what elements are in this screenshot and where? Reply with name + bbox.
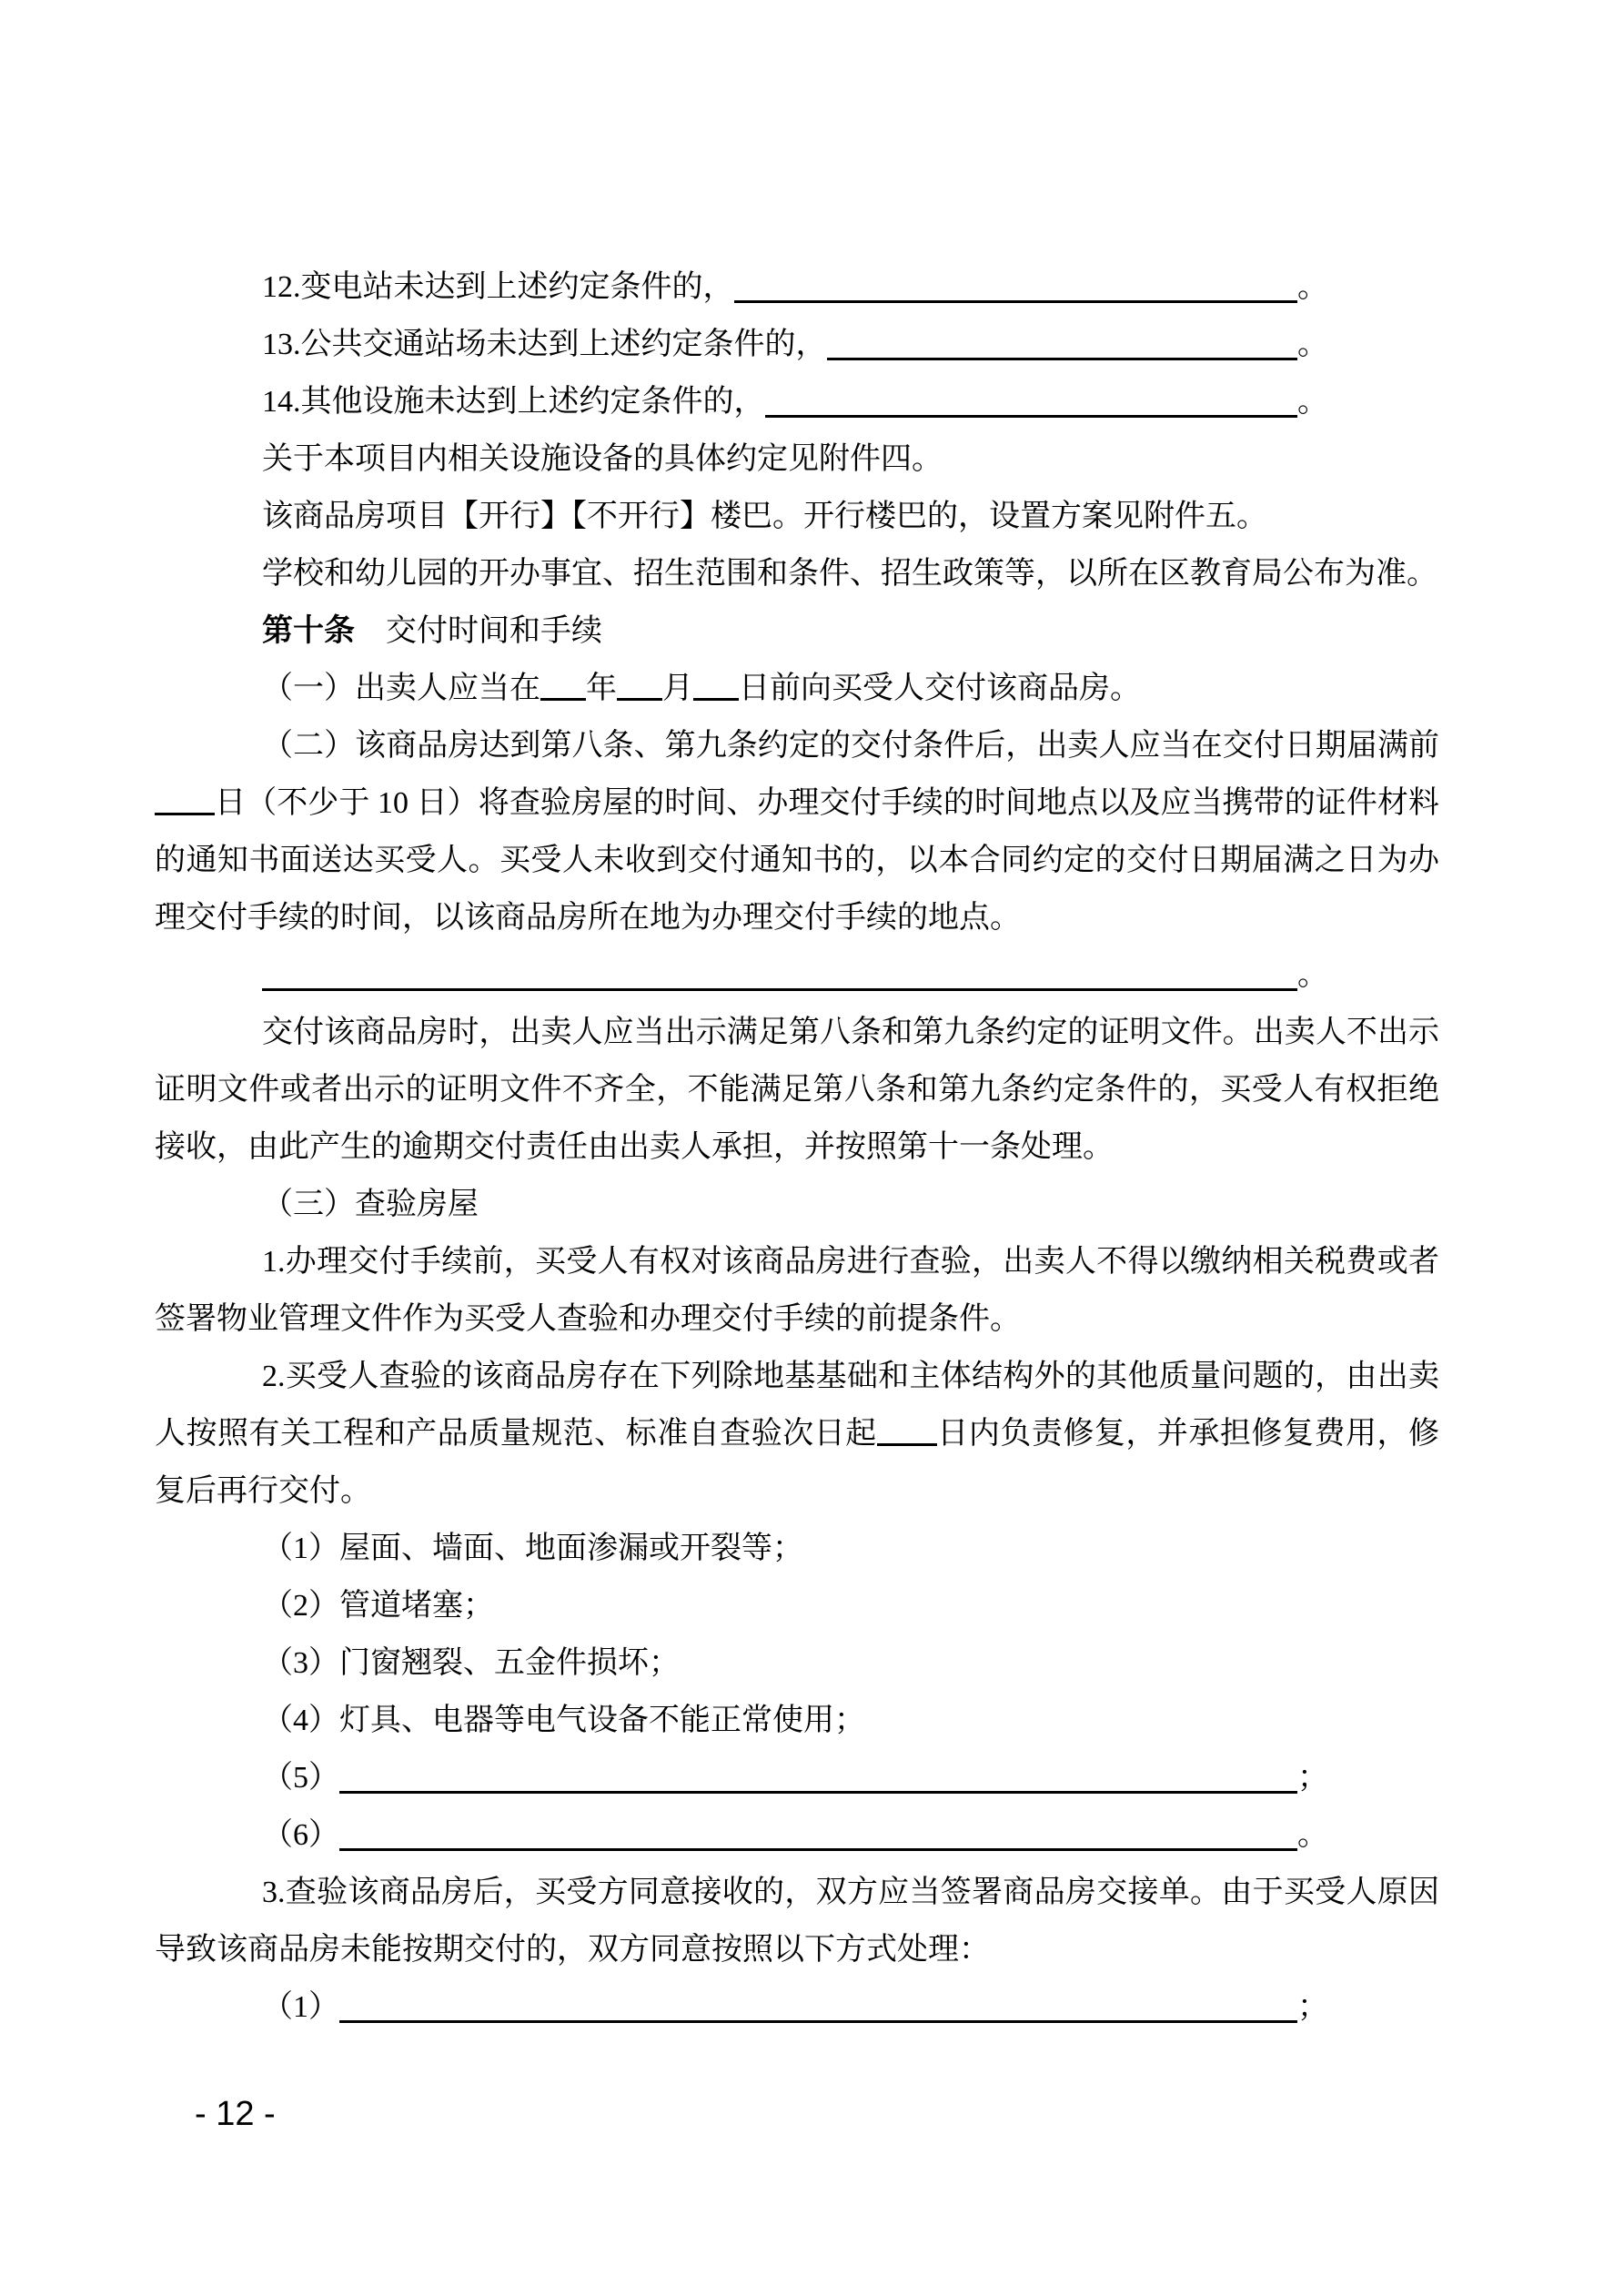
- clause-1-delivery-date-blank-field-5: [693, 696, 739, 701]
- facility-appendix-note-text-0: 关于本项目内相关设施设备的具体约定见附件四。: [262, 442, 943, 476]
- facility-appendix-note: 关于本项目内相关设施设备的具体约定见附件四。: [155, 430, 1439, 488]
- loubar-clause: 该商品房项目【开行】【不开行】楼巴。开行楼巴的，设置方案见附件五。: [155, 488, 1439, 545]
- facility-item-12-blank-field: [734, 300, 1298, 303]
- loubar-clause-text-0: 该商品房项目【开行】【不开行】楼巴。开行楼巴的，设置方案见附件五。: [262, 500, 1267, 533]
- delivery-documents-clause-text-0: 交付该商品房时，出卖人应当出示满足第八条和第九条约定的证明文件。出卖人不出示证明…: [155, 1016, 1439, 1164]
- contract-page: 12.变电站未达到上述约定条件的，。13.公共交通站场未达到上述约定条件的，。1…: [0, 0, 1624, 2296]
- clause-1-delivery-date-text-2: 年: [586, 672, 617, 705]
- facility-item-12: 12.变电站未达到上述约定条件的，。: [155, 258, 1328, 316]
- handling-method-1-label: （1）: [262, 1978, 339, 2036]
- facility-item-13-blank-field: [827, 358, 1298, 360]
- inspection-item-1: 1.办理交付手续前，买受人有权对该商品房进行查验，出卖人不得以缴纳相关税费或者签…: [155, 1233, 1439, 1348]
- defect-item-5-punct: ；: [1297, 1749, 1328, 1806]
- page-number: - 12 -: [195, 2093, 276, 2135]
- defect-item-2: （2）管道堵塞；: [155, 1577, 1439, 1634]
- facility-item-14: 14.其他设施未达到上述约定条件的，。: [155, 373, 1328, 430]
- facility-item-13-punct: 。: [1297, 316, 1328, 373]
- defect-item-2-text-0: （2）管道堵塞；: [262, 1589, 494, 1623]
- defect-item-3-text-0: （3）门窗翘裂、五金件损坏；: [262, 1646, 680, 1680]
- clause-2-extra-blank-blank-field: [262, 988, 1297, 991]
- article-10-heading-text-1: 交付时间和手续: [355, 614, 602, 648]
- clause-2-extra-blank: 。: [155, 946, 1328, 1004]
- defect-item-6-blank-field: [339, 1848, 1297, 1851]
- facility-item-14-label: 14.其他设施未达到上述约定条件的，: [262, 373, 765, 430]
- clause-1-delivery-date-text-4: 月: [662, 672, 693, 705]
- inspection-item-3: 3.查验该商品房后，买受方同意接收的，双方应当签署商品房交接单。由于买受人原因导…: [155, 1864, 1439, 1978]
- clause-2-notice-text-0: （二）该商品房达到第八条、第九条约定的交付条件后，出卖人应当在交付日期届满前: [262, 729, 1439, 763]
- clause-3-heading-inspection: （三）查验房屋: [155, 1176, 1439, 1233]
- defect-item-4-text-0: （4）灯具、电器等电气设备不能正常使用；: [262, 1704, 865, 1737]
- clause-1-delivery-date-text-6: 日前向买受人交付该商品房。: [739, 672, 1141, 705]
- clause-3-heading-inspection-text-0: （三）查验房屋: [262, 1188, 479, 1221]
- defect-item-3: （3）门窗翘裂、五金件损坏；: [155, 1634, 1439, 1692]
- clause-1-delivery-date-blank-field-1: [540, 696, 586, 701]
- delivery-documents-clause: 交付该商品房时，出卖人应当出示满足第八条和第九条约定的证明文件。出卖人不出示证明…: [155, 1004, 1439, 1176]
- facility-item-12-label: 12.变电站未达到上述约定条件的，: [262, 258, 734, 316]
- facility-item-14-punct: 。: [1297, 373, 1328, 430]
- defect-item-6-label: （6）: [262, 1806, 339, 1864]
- inspection-item-3-text-0: 3.查验该商品房后，买受方同意接收的，双方应当签署商品房交接单。由于买受人原因导…: [155, 1876, 1439, 1967]
- inspection-item-2-blank-field-1: [877, 1441, 937, 1446]
- clause-2-extra-blank-punct: 。: [1297, 946, 1328, 1004]
- clause-1-delivery-date-text-0: （一）出卖人应当在: [262, 672, 540, 705]
- facility-item-12-punct: 。: [1297, 258, 1328, 316]
- document-body: 12.变电站未达到上述约定条件的，。13.公共交通站场未达到上述约定条件的，。1…: [155, 258, 1439, 2036]
- facility-item-14-blank-field: [765, 415, 1298, 418]
- facility-item-13-label: 13.公共交通站场未达到上述约定条件的，: [262, 316, 827, 373]
- handling-method-1: （1）；: [155, 1978, 1328, 2036]
- clause-1-delivery-date: （一）出卖人应当在年月日前向买受人交付该商品房。: [155, 660, 1439, 717]
- handling-method-1-blank-field: [339, 2020, 1297, 2023]
- inspection-item-2: 2.买受人查验的该商品房存在下列除地基基础和主体结构外的其他质量问题的，由出卖人…: [155, 1348, 1439, 1520]
- defect-item-5: （5）；: [155, 1749, 1328, 1806]
- facility-item-13: 13.公共交通站场未达到上述约定条件的，。: [155, 316, 1328, 373]
- clause-2-notice-blank-field-1: [155, 811, 215, 815]
- handling-method-1-punct: ；: [1297, 1978, 1328, 2036]
- defect-item-4: （4）灯具、电器等电气设备不能正常使用；: [155, 1692, 1439, 1749]
- clause-2-notice: （二）该商品房达到第八条、第九条约定的交付条件后，出卖人应当在交付日期届满前日（…: [155, 717, 1439, 946]
- clause-1-delivery-date-blank-field-3: [617, 696, 662, 701]
- defect-item-6-punct: 。: [1297, 1806, 1328, 1864]
- defect-item-1: （1）屋面、墙面、地面渗漏或开裂等；: [155, 1520, 1439, 1577]
- school-clause: 学校和幼儿园的开办事宜、招生范围和条件、招生政策等，以所在区教育局公布为准。: [155, 545, 1439, 602]
- inspection-item-1-text-0: 1.办理交付手续前，买受人有权对该商品房进行查验，出卖人不得以缴纳相关税费或者签…: [155, 1245, 1439, 1336]
- defect-item-5-blank-field: [339, 1791, 1297, 1794]
- school-clause-text-0: 学校和幼儿园的开办事宜、招生范围和条件、招生政策等，以所在区教育局公布为准。: [262, 557, 1437, 591]
- defect-item-1-text-0: （1）屋面、墙面、地面渗漏或开裂等；: [262, 1532, 803, 1565]
- article-10-heading: 第十条 交付时间和手续: [155, 602, 1439, 660]
- defect-item-5-label: （5）: [262, 1749, 339, 1806]
- clause-2-notice-text-2: 日（不少于 10 日）将查验房屋的时间、办理交付手续的时间地点以及应当携带的证件…: [155, 786, 1439, 935]
- article-10-heading-text-0: 第十条: [262, 614, 355, 648]
- defect-item-6: （6）。: [155, 1806, 1328, 1864]
